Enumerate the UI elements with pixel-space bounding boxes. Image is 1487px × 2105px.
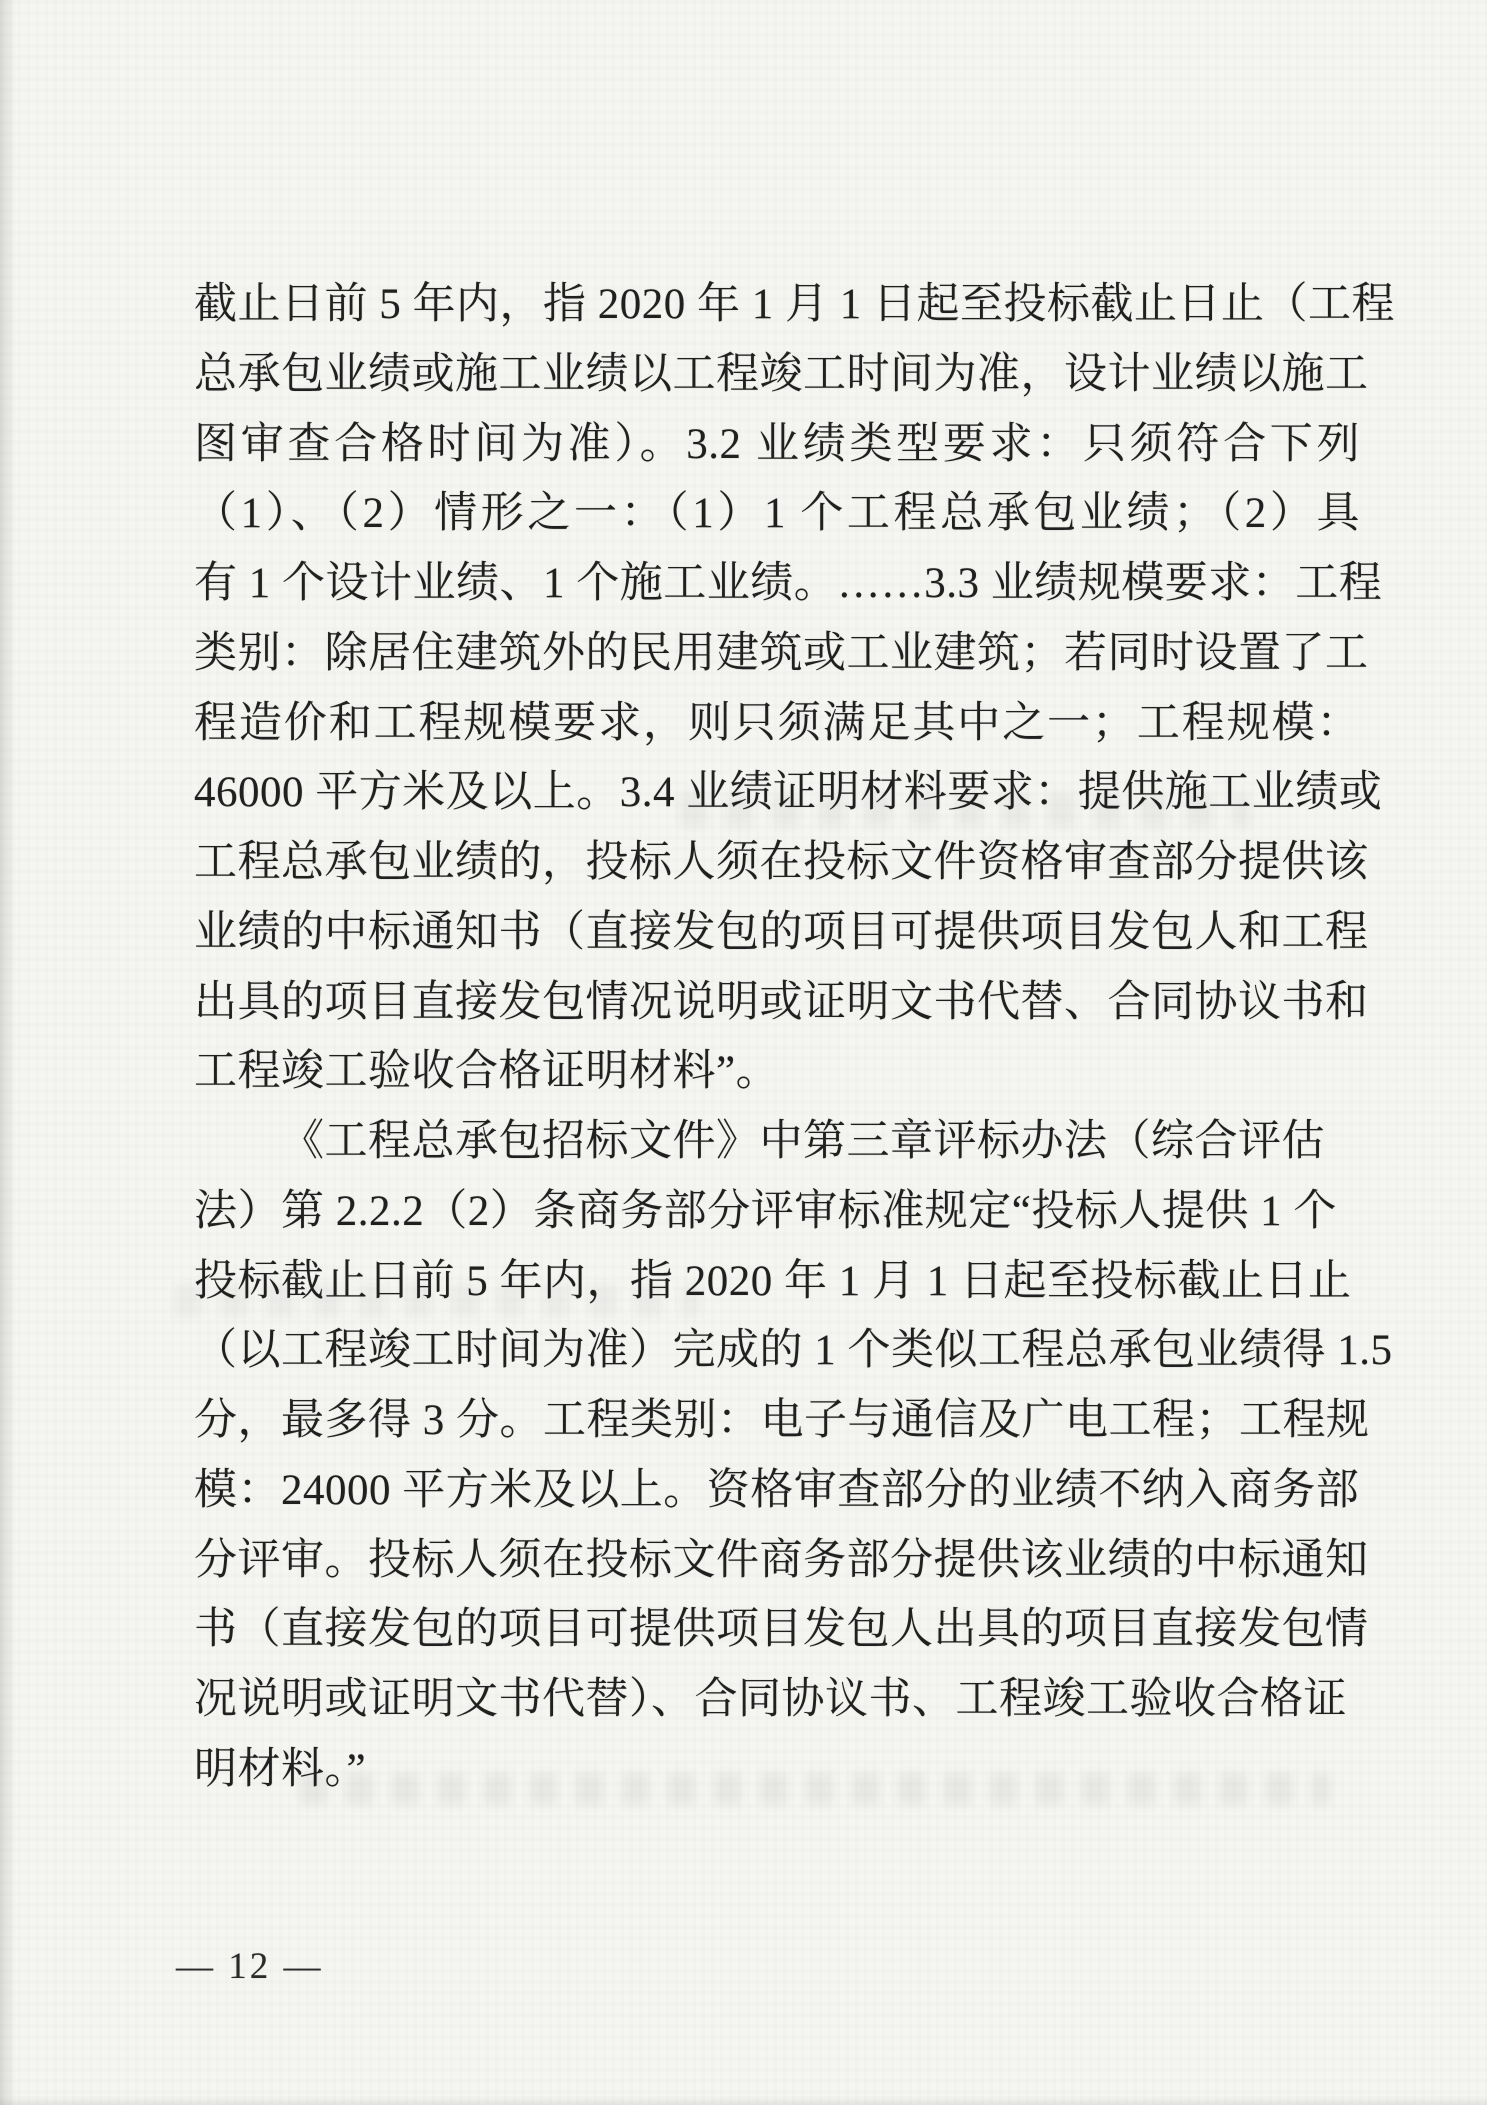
text-line: 出具的项目直接发包情况说明或证明文书代替、合同协议书和 [194,968,1360,1038]
text-line: 分，最多得 3 分。工程类别：电子与通信及广电工程；工程规 [194,1386,1300,1456]
text-line: （以工程竣工时间为准）完成的 1 个类似工程总承包业绩得 1.5 [194,1316,1300,1386]
text-line: 总承包业绩或施工业绩以工程竣工时间为准，设计业绩以施工 [194,340,1360,410]
scanned-document-page: 截止日前 5 年内，指 2020 年 1 月 1 日起至投标截止日止（工程总承包… [0,0,1487,2105]
text-line: 法）第 2.2.2（2）条商务部分评审标准规定“投标人提供 1 个 [194,1177,1300,1247]
scan-edge-shadow-bottom [0,2095,1487,2105]
text-line: 工程竣工验收合格证明材料”。 [194,1037,1360,1107]
text-line: （1）、（2）情形之一：（1）1 个工程总承包业绩；（2）具 [194,479,1360,549]
text-line: 模：24000 平方米及以上。资格审查部分的业绩不纳入商务部 [194,1456,1300,1526]
text-line: 46000 平方米及以上。3.4 业绩证明材料要求：提供施工业绩或 [194,758,1360,828]
text-line: 业绩的中标通知书（直接发包的项目可提供项目发包人和工程 [194,898,1360,968]
text-line: 况说明或证明文书代替）、合同协议书、工程竣工验收合格证 [194,1665,1300,1735]
text-line: 《工程总承包招标文件》中第三章评标办法（综合评估 [194,1107,1300,1177]
scan-edge-shadow-left [0,0,16,2105]
text-line: 截止日前 5 年内，指 2020 年 1 月 1 日起至投标截止日止（工程 [194,270,1360,340]
text-line: 有 1 个设计业绩、1 个施工业绩。……3.3 业绩规模要求：工程 [194,549,1360,619]
text-line: 程造价和工程规模要求，则只须满足其中之一；工程规模： [194,689,1360,759]
text-line: 明材料。” [194,1735,1300,1805]
text-line: 图审查合格时间为准）。3.2 业绩类型要求：只须符合下列 [194,410,1360,480]
text-block: 截止日前 5 年内，指 2020 年 1 月 1 日起至投标截止日止（工程总承包… [194,270,1360,1805]
text-line: 书（直接发包的项目可提供项目发包人出具的项目直接发包情 [194,1595,1300,1665]
text-line: 投标截止日前 5 年内，指 2020 年 1 月 1 日起至投标截止日止 [194,1247,1300,1317]
text-line: 工程总承包业绩的，投标人须在投标文件资格审查部分提供该 [194,828,1360,898]
page-number: — 12 — [176,1942,324,1992]
text-line: 分评审。投标人须在投标文件商务部分提供该业绩的中标通知 [194,1526,1300,1596]
text-line: 类别：除居住建筑外的民用建筑或工业建筑；若同时设置了工 [194,619,1360,689]
